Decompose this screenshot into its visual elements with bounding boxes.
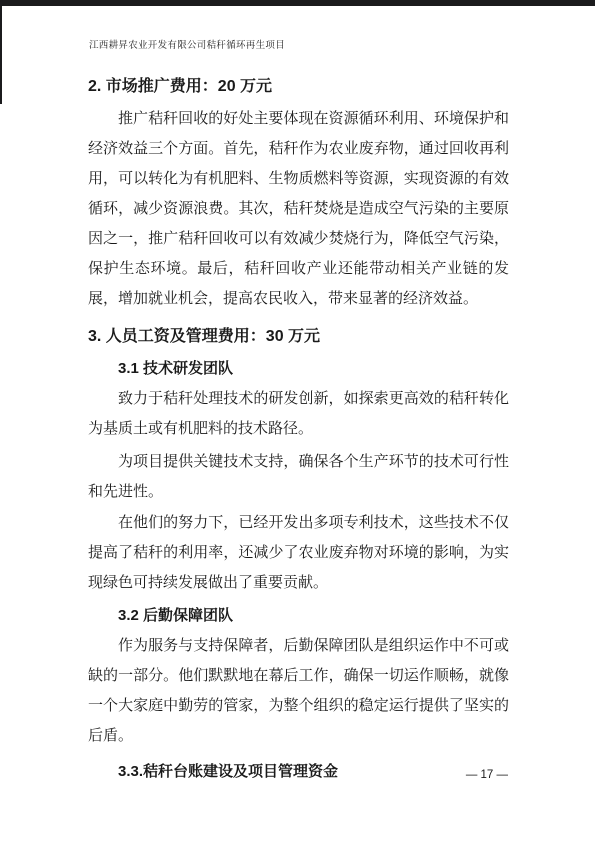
subsection-heading-logistics-team: 3.2 后勤保障团队 [88,601,509,631]
subsection-heading-ledger-management-funds: 3.3.秸秆台账建设及项目管理资金 [88,757,509,787]
running-header: 江西耕昇农业开发有限公司秸秆循环再生项目 [89,40,285,52]
page-number: — 17 — [466,768,508,782]
paragraph-logistics-role: 作为服务与支持保障者，后勤保障团队是组织运作中不可或缺的一部分。他们默默地在幕后… [88,631,509,751]
document-body: 2. 市场推广费用：20 万元 推广秸秆回收的好处主要体现在资源循环利用、环境保… [88,72,509,787]
document-page: 江西耕昇农业开发有限公司秸秆循环再生项目 2. 市场推广费用：20 万元 推广秸… [0,0,595,841]
paragraph-rd-innovation: 致力于秸秆处理技术的研发创新，如探索更高效的秸秆转化为基质土或有机肥料的技术路径… [88,384,509,444]
paragraph-technical-support: 为项目提供关键技术支持，确保各个生产环节的技术可行性和先进性。 [88,447,509,507]
section-heading-market-promotion: 2. 市场推广费用：20 万元 [88,72,509,102]
section-heading-staff-management-cost: 3. 人员工资及管理费用：30 万元 [88,322,509,352]
paragraph-straw-recycling-benefits: 推广秸秆回收的好处主要体现在资源循环利用、环境保护和经济效益三个方面。首先，秸秆… [88,104,509,314]
scan-artifact-left-edge [0,0,2,104]
scan-artifact-top-bar [0,0,595,6]
paragraph-patent-achievements: 在他们的努力下，已经开发出多项专利技术，这些技术不仅提高了秸秆的利用率，还减少了… [88,508,509,598]
subsection-heading-rd-team: 3.1 技术研发团队 [88,354,509,384]
